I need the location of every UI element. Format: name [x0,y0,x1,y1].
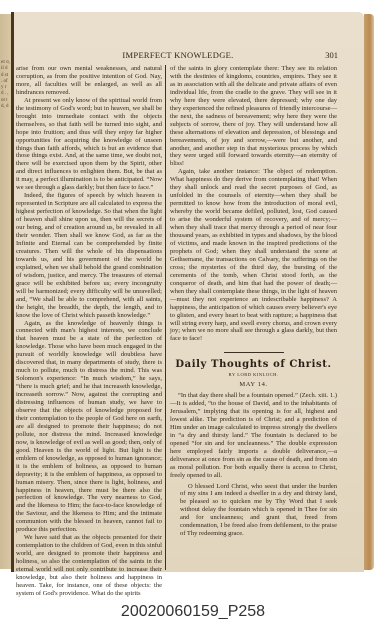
paragraph: We have said that as the objects present… [16,534,162,598]
paragraph: Again, take another instance: The object… [170,168,337,343]
section-body: “In that day there shall be a fountain o… [170,392,337,479]
paragraph: At present we only know of the spiritual… [16,97,162,192]
image-caption: 20020060159_P258 [0,603,386,621]
page-number: 301 [325,50,338,60]
book-scan: ef d, il d d st . of y r d . , ot t d, d… [0,12,374,575]
previous-page-text: ef d, il d d st . of y r d . , ot t d, d [1,60,10,360]
page-edge [364,14,374,570]
right-column: of the saints in glory contemplate there… [170,65,337,538]
running-head: IMPERFECT KNOWLEDGE. 301 [18,50,338,62]
paragraph: Indeed, the figures of speech by which h… [16,192,162,319]
section-byline: BY LORD KINLOCH. [170,371,337,379]
column-rule [165,65,166,570]
paragraph: Again, as the knowledge of heavenly thin… [16,320,162,535]
section-prayer: O blessed Lord Christ, who seest that un… [180,483,337,539]
section-date: MAY 14. [170,381,337,389]
running-head-title: IMPERFECT KNOWLEDGE. [18,50,338,60]
paragraph: of the saints in glory contemplate there… [170,65,337,168]
section-separator [224,352,284,353]
paragraph: arise from our own mental weaknesses, an… [16,65,162,97]
section-title: Daily Thoughts of Christ. [170,361,337,369]
left-column: arise from our own mental weaknesses, an… [16,65,162,598]
